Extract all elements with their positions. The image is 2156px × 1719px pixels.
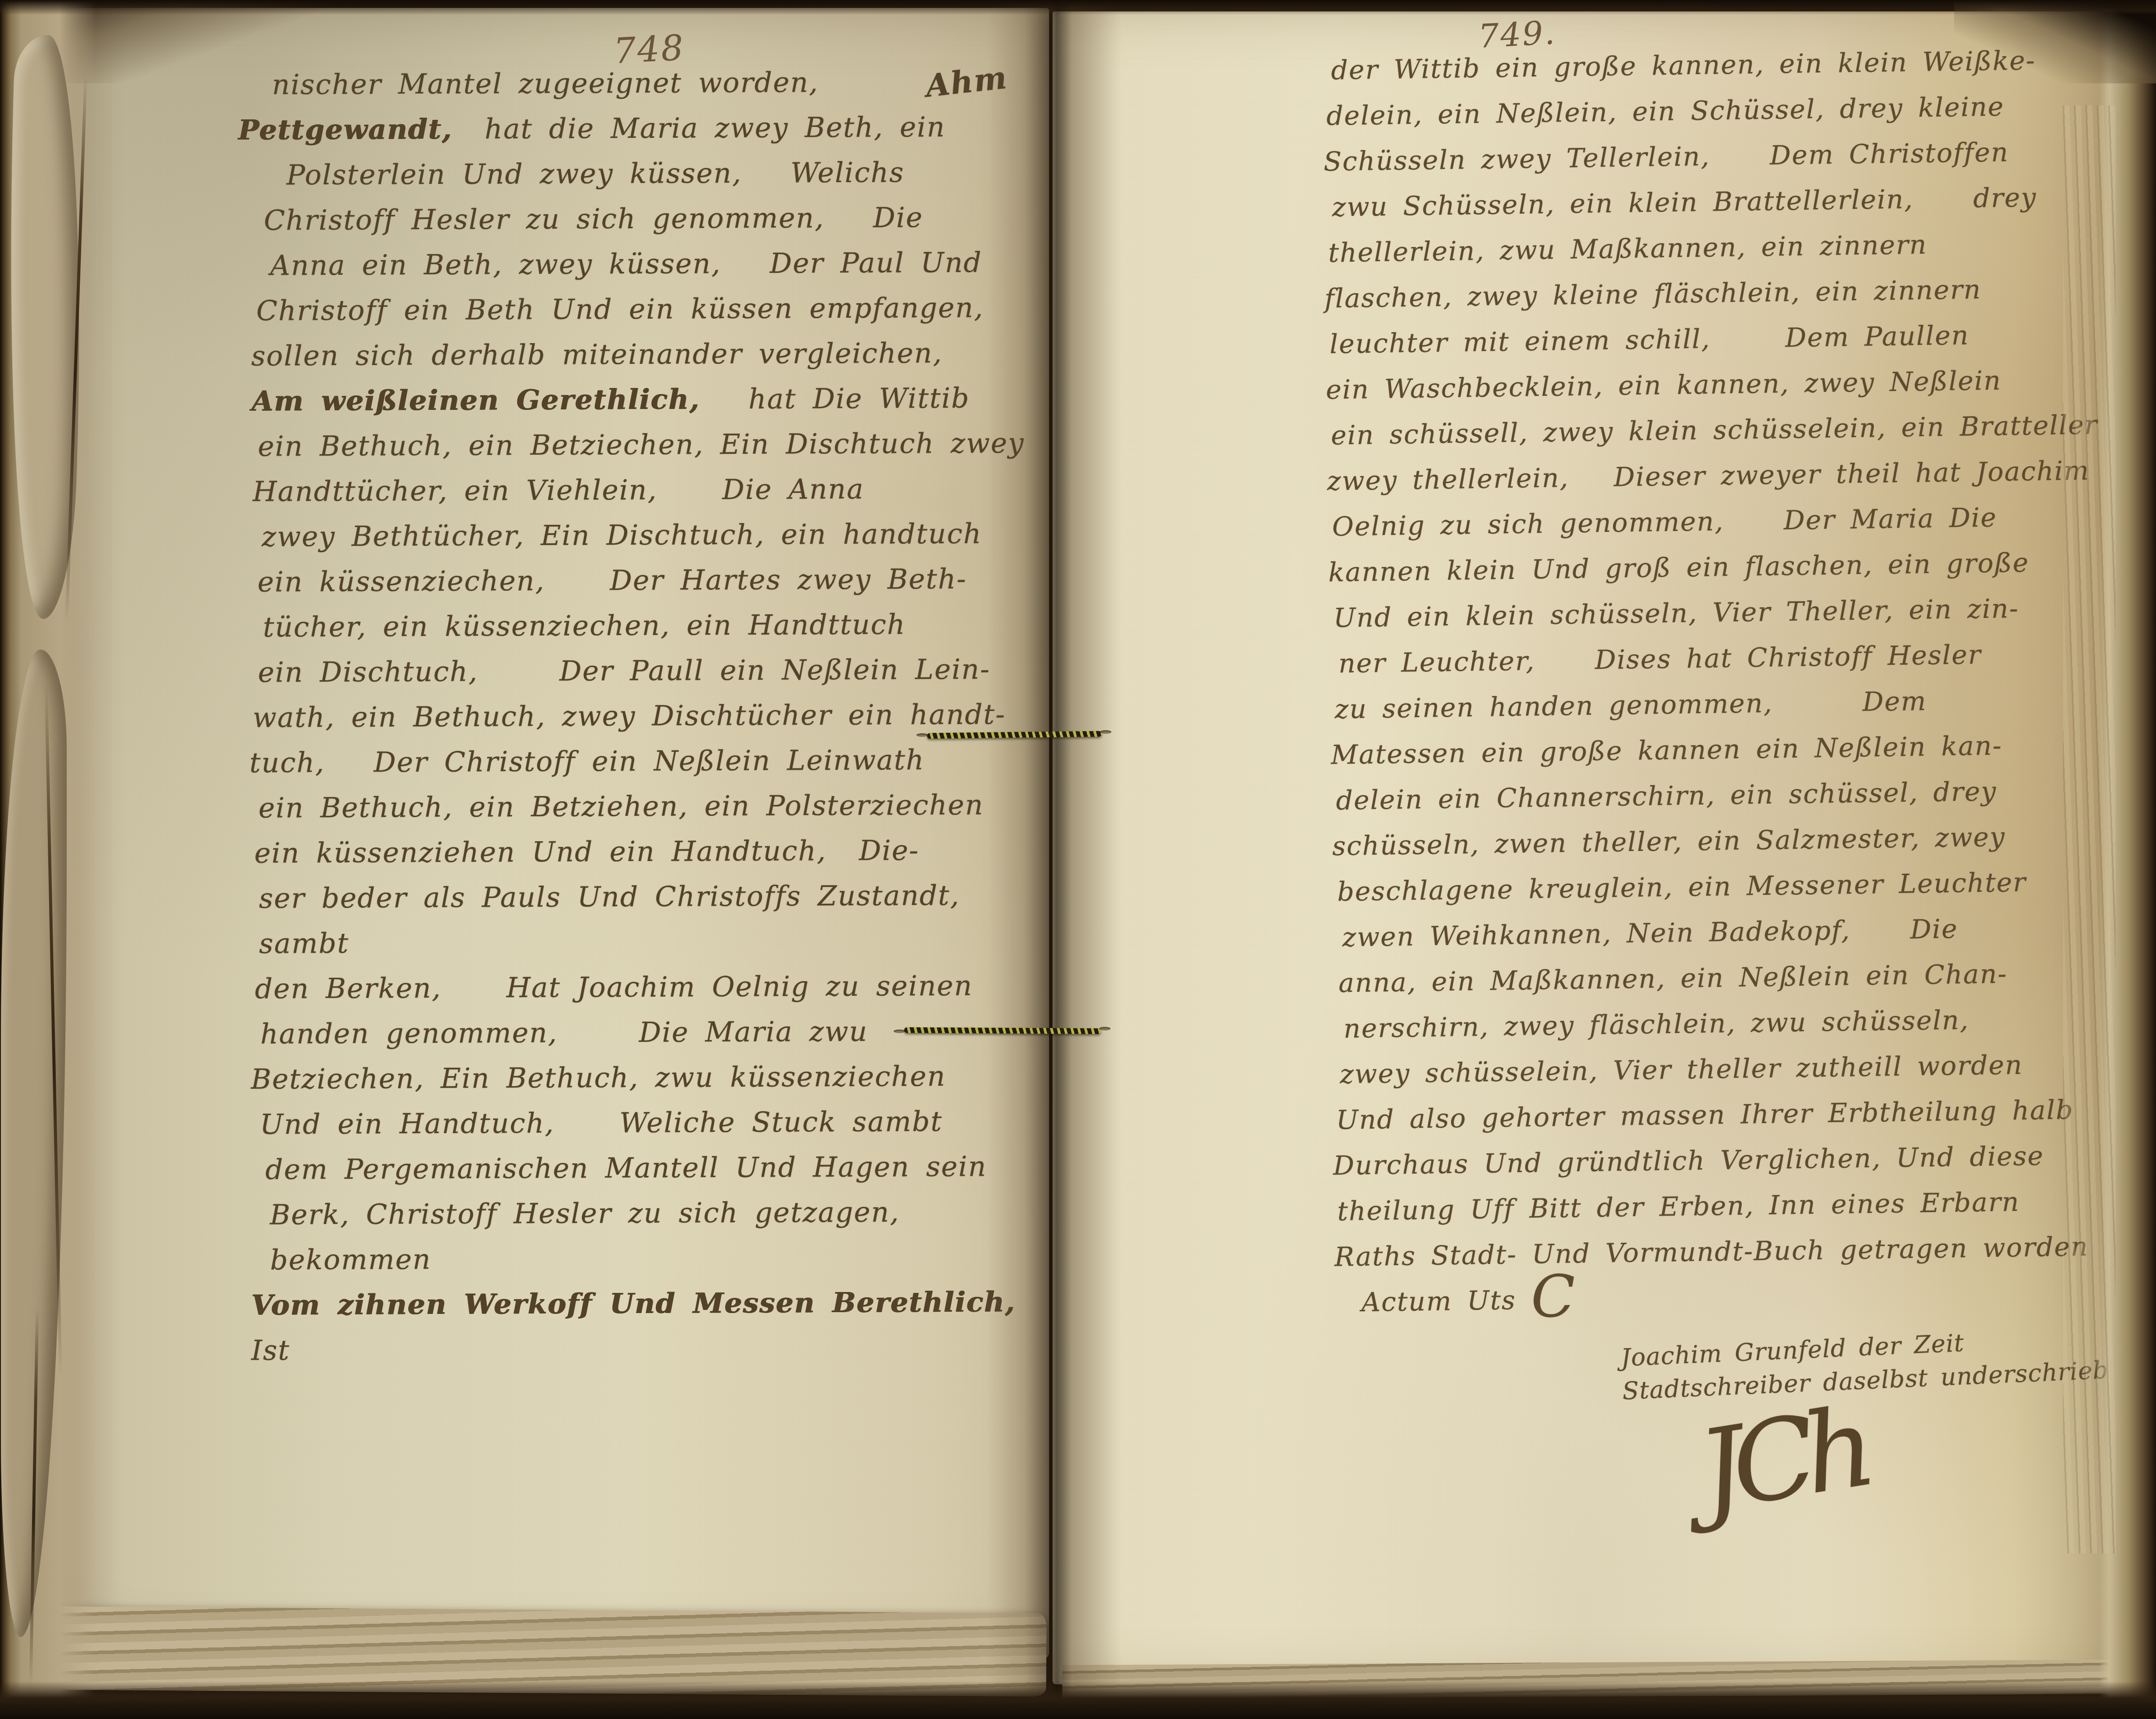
right-page-text: der Wittib ein große kannen, ein klein W… <box>1318 36 2147 1326</box>
manuscript-line: ein Dischtuch, Der Paull ein Neßlein Lei… <box>258 646 1030 695</box>
manuscript-text-segment: C <box>1531 1263 1576 1331</box>
manuscript-text-segment: zwey schüsselein, Vier theller zutheill … <box>1340 1050 2023 1090</box>
manuscript-line: Berk, Christoff Hesler zu sich getzagen,… <box>270 1189 1033 1283</box>
manuscript-line: wath, ein Bethuch, zwey Dischtücher ein … <box>253 692 1031 740</box>
stitch-hole <box>894 1030 905 1033</box>
manuscript-text-segment: ein Bethuch, ein Betziehen, ein Polsterz… <box>259 789 984 824</box>
manuscript-text-segment: tücher, ein küssenziechen, ein Handttuch <box>263 608 906 643</box>
manuscript-text-segment: delein ein Channerschirn, ein schüssel, … <box>1336 776 1997 816</box>
manuscript-text-segment: delein, ein Neßlein, ein Schüssel, drey … <box>1326 91 2004 132</box>
manuscript-text-segment: tuch, Der Christoff ein Neßlein Leinwath <box>249 744 924 779</box>
manuscript-text-segment: Und ein Handtuch, Weliche Stuck sambt <box>260 1105 943 1141</box>
manuscript-text-segment: Actum Uts <box>1361 1285 1531 1318</box>
manuscript-text-segment: ein küssenziehen Und ein Handtuch, Die- <box>254 834 919 869</box>
manuscript-text-segment: den Berken, Hat Joachim Oelnig zu seinen <box>255 970 973 1005</box>
manuscript-text-segment: hat die Maria zwey Beth, ein <box>452 111 945 145</box>
manuscript-text-segment: Am weißleinen Gerethlich, <box>252 383 700 417</box>
manuscript-text-segment: Christoff ein Beth Und ein küssen empfan… <box>256 292 984 327</box>
manuscript-text-segment: kannen klein Und groß ein flaschen, ein … <box>1328 548 2030 588</box>
manuscript-text-segment: Betziechen, Ein Bethuch, zwu küssenziech… <box>251 1060 946 1095</box>
manuscript-line: tücher, ein küssenziechen, ein Handttuch <box>263 601 1030 650</box>
manuscript-line: ein küssenziehen Und ein Handtuch, Die- <box>254 827 1031 876</box>
manuscript-text-segment: Vom zihnen Werkoff Und Messen Berethlich… <box>251 1285 1016 1321</box>
manuscript-line: Polsterlein Und zwey küssen, Welichs <box>286 149 1028 197</box>
manuscript-text-segment: thellerlein, zwu Maßkannen, ein zinnern <box>1328 230 1927 269</box>
manuscript-line: tuch, Der Christoff ein Neßlein Leinwath <box>249 737 1031 786</box>
manuscript-text-segment: Pettgewandt, <box>238 113 452 146</box>
manuscript-text-segment: zwen Weihkannen, Nein Badekopf, Die <box>1342 914 1958 953</box>
manuscript-text-segment: zu seinen handen genommen, Dem <box>1334 686 1927 725</box>
stitch-hole <box>916 733 928 737</box>
manuscript-line: ein Bethuch, ein Betziechen, Ein Dischtu… <box>258 420 1029 469</box>
manuscript-text-segment: ner Leuchter, Dises hat Christoff Hesler <box>1338 639 1982 679</box>
manuscript-line: zwey Bethtücher, Ein Dischtuch, ein hand… <box>262 511 1030 560</box>
manuscript-text-segment: Berk, Christoff Hesler zu sich getzagen,… <box>270 1196 916 1276</box>
book-cover-bottom-edge <box>0 1681 2156 1719</box>
manuscript-line: dem Pergemanischen Mantell Und Hagen sei… <box>265 1144 1032 1192</box>
manuscript-line: ser beder als Pauls Und Christoffs Zusta… <box>259 872 1032 966</box>
manuscript-line: Christoff Hesler zu sich genommen, Die <box>264 194 1028 243</box>
manuscript-line: den Berken, Hat Joachim Oelnig zu seinen <box>255 963 1031 1012</box>
manuscript-text-segment: handen genommen, Die Maria zwu <box>260 1016 868 1050</box>
manuscript-line: Anna ein Beth, zwey küssen, Der Paul Und <box>270 240 1028 288</box>
manuscript-text-segment: schüsseln, zwen theller, ein Salzmester,… <box>1332 822 2006 861</box>
manuscript-text-segment: ein küssenziechen, Der Hartes zwey Beth- <box>258 563 967 598</box>
book-cover-top-edge <box>0 0 2156 15</box>
manuscript-text-segment: ein Bethuch, ein Betziechen, Ein Dischtu… <box>258 427 1024 463</box>
manuscript-text-segment: Schüsseln zwey Tellerlein, Dem Christoff… <box>1323 137 2009 177</box>
manuscript-line: ein Bethuch, ein Betziehen, ein Polsterz… <box>259 782 1031 831</box>
manuscript-text-segment: theilung Uff Bitt der Erben, Inn eines E… <box>1337 1187 2019 1227</box>
manuscript-line: Pettgewandt, hat die Maria zwey Beth, ei… <box>238 104 1028 153</box>
manuscript-text-segment: der Wittib ein große kannen, ein klein W… <box>1331 45 2036 86</box>
manuscript-text-segment: zwu Schüsseln, ein klein Brattellerlein,… <box>1332 182 2037 223</box>
manuscript-line: Vom zihnen Werkoff Und Messen Berethlich… <box>251 1279 1034 1373</box>
manuscript-line: ein küssenziechen, Der Hartes zwey Beth- <box>257 556 1030 605</box>
binding-gutter-shadow <box>987 0 1122 1719</box>
manuscript-text-segment: ein Dischtuch, Der Paull ein Neßlein Lei… <box>258 653 990 688</box>
manuscript-text-segment: Matessen ein große kannen ein Neßlein ka… <box>1331 730 2003 770</box>
stitch-hole <box>1099 1027 1110 1030</box>
manuscript-line: Handttücher, ein Viehlein, Die Anna <box>253 466 1030 514</box>
manuscript-scan: 748 749. nischer Mantel zugeeignet worde… <box>0 0 2156 1719</box>
manuscript-text-segment: sollen sich derhalb miteinander vergleic… <box>251 337 942 372</box>
left-page-text: nischer Mantel zugeeignet worden, AhmPet… <box>237 59 1033 1373</box>
manuscript-line: Betziechen, Ein Bethuch, zwu küssenziech… <box>251 1053 1032 1102</box>
manuscript-text-segment: ein Waschbecklein, ein kannen, zwey Neßl… <box>1326 365 2001 405</box>
stitch-hole <box>1100 730 1111 734</box>
manuscript-text-segment: Und also gehorter massen Ihrer Erbtheilu… <box>1336 1095 2073 1135</box>
manuscript-text-segment: dem Pergemanischen Mantell Und Hagen sei… <box>265 1151 987 1186</box>
manuscript-text-segment: zwey thellerlein, Dieser zweyer theil ha… <box>1327 456 2090 497</box>
manuscript-text-segment: Durchaus Und gründtlich Verglichen, Und … <box>1333 1141 2044 1181</box>
manuscript-line: sollen sich derhalb miteinander vergleic… <box>251 330 1029 379</box>
manuscript-text-segment: Und ein klein schüsseln, Vier Theller, e… <box>1333 593 2019 634</box>
manuscript-text-segment: Polsterlein Und zwey küssen, Welichs <box>286 156 904 191</box>
manuscript-text-segment: Christoff Hesler zu sich genommen, Die <box>264 201 923 237</box>
manuscript-text-segment: beschlagene kreuglein, ein Messener Leuc… <box>1337 867 2027 908</box>
manuscript-line: nischer Mantel zugeeignet worden, Ahm <box>272 59 1028 108</box>
manuscript-text-segment: ein schüssell, zwey klein schüsselein, e… <box>1331 409 2099 451</box>
manuscript-text-segment: Oelnig zu sich genommen, Der Maria Die <box>1332 502 1998 542</box>
signature-monogram: JCh <box>1691 1383 1873 1535</box>
binding-stitch-thread <box>904 1027 1101 1034</box>
manuscript-text-segment: Raths Stadt- Und Vormundt-Buch getragen … <box>1334 1231 2089 1273</box>
manuscript-text-segment: Handttücher, ein Viehlein, Die Anna <box>253 473 864 508</box>
manuscript-text-segment: hat Die Wittib <box>700 382 970 416</box>
manuscript-text-segment: anna, ein Maßkannen, ein Neßlein ein Cha… <box>1338 958 2008 998</box>
manuscript-text-segment: Anna ein Beth, zwey küssen, Der Paul Und <box>270 247 982 282</box>
manuscript-line: Christoff ein Beth Und ein küssen empfan… <box>256 285 1029 334</box>
manuscript-text-segment: zwey Bethtücher, Ein Dischtuch, ein hand… <box>262 518 982 553</box>
stacked-page-edges <box>2063 105 2116 1554</box>
manuscript-text-segment: wath, ein Bethuch, zwey Dischtücher ein … <box>253 698 1006 733</box>
manuscript-text-segment: nerschirn, zwey fläschlein, zwu schüssel… <box>1343 1005 1969 1044</box>
manuscript-text-segment: flaschen, zwey kleine fläschlein, ein zi… <box>1324 274 1981 314</box>
manuscript-text-segment: leuchter mit einem schill, Dem Paullen <box>1330 320 1969 359</box>
manuscript-line: Und ein Handtuch, Weliche Stuck sambt <box>260 1098 1032 1147</box>
manuscript-line: Am weißleinen Gerethlich, hat Die Wittib <box>252 375 1029 424</box>
manuscript-text-segment: ser beder als Pauls Und Christoffs Zusta… <box>259 879 976 960</box>
